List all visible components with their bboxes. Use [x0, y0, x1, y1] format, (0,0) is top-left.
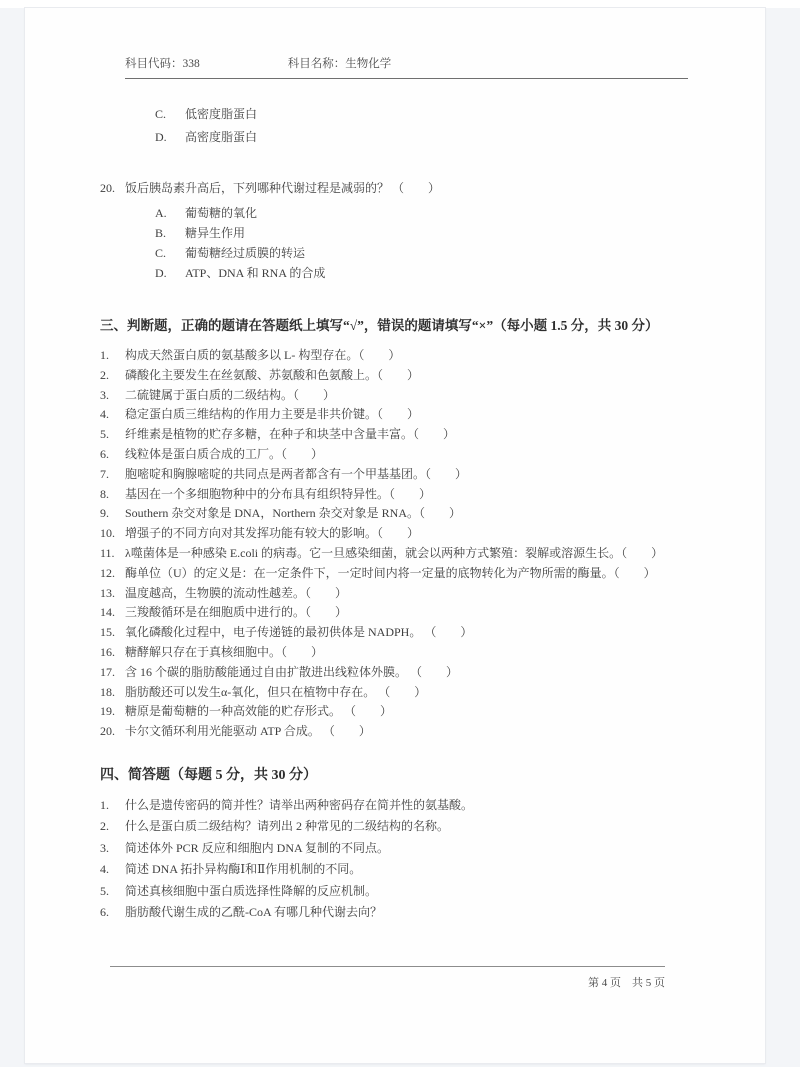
item-number: 6. [100, 445, 125, 465]
short-answer-item: 1. 什么是遗传密码的简并性？请举出两种密码存在简并性的氨基酸。 [100, 795, 700, 817]
item-number: 5. [100, 425, 125, 445]
option-row: D. ATP、DNA 和 RNA 的合成 [155, 263, 700, 283]
true-false-item: 1. 构成天然蛋白质的氨基酸多以 L- 构型存在。（ ） [100, 346, 700, 366]
item-number: 8. [100, 485, 125, 505]
item-number: 3. [100, 386, 125, 406]
true-false-item: 11. λ噬菌体是一种感染 E.coli 的病毒。它一旦感染细菌，就会以两种方式… [100, 544, 700, 564]
option-letter: C. [155, 103, 185, 126]
item-text: 磷酸化主要发生在丝氨酸、苏氨酸和色氨酸上。（ ） [125, 366, 700, 386]
item-text: 糖原是葡萄糖的一种高效能的贮存形式。 （ ） [125, 702, 700, 722]
question-20: 20. 饭后胰岛素升高后，下列哪种代谢过程是减弱的？ （ ） A. 葡萄糖的氧化… [100, 178, 700, 283]
viewer-background: { "viewer": { "more_icon": "•••" }, "doc… [0, 0, 800, 1067]
true-false-item: 16. 糖酵解只存在于真核细胞中。（ ） [100, 643, 700, 663]
true-false-item: 5. 纤维素是植物的贮存多糖，在种子和块茎中含量丰富。（ ） [100, 425, 700, 445]
true-false-item: 8. 基因在一个多细胞物种中的分布具有组织特异性。（ ） [100, 485, 700, 505]
true-false-item: 9. Southern 杂交对象是 DNA，Northern 杂交对象是 RNA… [100, 504, 700, 524]
document-header: 科目代码：338 科目名称：生物化学 [125, 57, 688, 79]
true-false-item: 2. 磷酸化主要发生在丝氨酸、苏氨酸和色氨酸上。（ ） [100, 366, 700, 386]
short-answer-item: 4. 简述 DNA 拓扑异构酶Ⅰ和Ⅱ作用机制的不同。 [100, 859, 700, 881]
item-number: 7. [100, 465, 125, 485]
question-19-options: C. 低密度脂蛋白 D. 高密度脂蛋白 [100, 103, 700, 149]
item-number: 4. [100, 859, 125, 881]
true-false-item: 12. 酶单位（U）的定义是：在一定条件下，一定时间内将一定量的底物转化为产物所… [100, 564, 700, 584]
option-row: D. 高密度脂蛋白 [155, 126, 700, 149]
option-text: 葡萄糖经过质膜的转运 [185, 243, 700, 263]
page-content: 科目代码：338 科目名称：生物化学 C. 低密度脂蛋白 D. 高密度脂蛋白 2… [25, 57, 765, 924]
true-false-item: 13. 温度越高，生物膜的流动性越差。（ ） [100, 584, 700, 604]
item-number: 10. [100, 524, 125, 544]
option-row: C. 葡萄糖经过质膜的转运 [155, 243, 700, 263]
item-text: Southern 杂交对象是 DNA，Northern 杂交对象是 RNA。（ … [125, 504, 700, 524]
option-text: 低密度脂蛋白 [185, 103, 700, 126]
subject-code-label: 科目代码：338 [125, 57, 200, 71]
item-text: 脂肪酸代谢生成的乙酰-CoA 有哪几种代谢去向？ [125, 902, 700, 924]
item-number: 13. [100, 584, 125, 604]
true-false-item: 19. 糖原是葡萄糖的一种高效能的贮存形式。 （ ） [100, 702, 700, 722]
subject-name-label: 科目名称：生物化学 [288, 57, 392, 71]
option-letter: C. [155, 243, 185, 263]
item-text: 氧化磷酸化过程中，电子传递链的最初供体是 NADPH。 （ ） [125, 623, 700, 643]
item-text: 增强子的不同方向对其发挥功能有较大的影响。（ ） [125, 524, 700, 544]
item-text: 卡尔文循环利用光能驱动 ATP 合成。 （ ） [125, 722, 700, 742]
section-4-items: 1. 什么是遗传密码的简并性？请举出两种密码存在简并性的氨基酸。 2. 什么是蛋… [100, 795, 700, 924]
item-number: 6. [100, 902, 125, 924]
item-text: 稳定蛋白质三维结构的作用力主要是非共价键。（ ） [125, 405, 700, 425]
item-number: 2. [100, 366, 125, 386]
option-letter: B. [155, 223, 185, 243]
question-text: 饭后胰岛素升高后，下列哪种代谢过程是减弱的？ （ ） [125, 178, 700, 198]
item-text: 糖酵解只存在于真核细胞中。（ ） [125, 643, 700, 663]
short-answer-item: 6. 脂肪酸代谢生成的乙酰-CoA 有哪几种代谢去向？ [100, 902, 700, 924]
section-4-title: 四、简答题（每题 5 分，共 30 分） [100, 765, 700, 787]
item-number: 5. [100, 881, 125, 903]
item-text: 脂肪酸还可以发生α-氧化，但只在植物中存在。 （ ） [125, 683, 700, 703]
item-text: 二硫键属于蛋白质的二级结构。（ ） [125, 386, 700, 406]
item-number: 16. [100, 643, 125, 663]
item-text: 简述 DNA 拓扑异构酶Ⅰ和Ⅱ作用机制的不同。 [125, 859, 700, 881]
true-false-item: 18. 脂肪酸还可以发生α-氧化，但只在植物中存在。 （ ） [100, 683, 700, 703]
option-text: 糖异生作用 [185, 223, 700, 243]
item-number: 20. [100, 722, 125, 742]
item-text: 什么是遗传密码的简并性？请举出两种密码存在简并性的氨基酸。 [125, 795, 700, 817]
item-text: 简述真核细胞中蛋白质选择性降解的反应机制。 [125, 881, 700, 903]
item-text: 纤维素是植物的贮存多糖，在种子和块茎中含量丰富。（ ） [125, 425, 700, 445]
document-page: 科目代码：338 科目名称：生物化学 C. 低密度脂蛋白 D. 高密度脂蛋白 2… [25, 8, 765, 1063]
option-letter: D. [155, 263, 185, 283]
short-answer-item: 5. 简述真核细胞中蛋白质选择性降解的反应机制。 [100, 881, 700, 903]
item-number: 1. [100, 346, 125, 366]
option-row: C. 低密度脂蛋白 [155, 103, 700, 126]
item-number: 3. [100, 838, 125, 860]
item-text: 胞嘧啶和胸腺嘧啶的共同点是两者都含有一个甲基基团。（ ） [125, 465, 700, 485]
item-number: 1. [100, 795, 125, 817]
true-false-item: 10. 增强子的不同方向对其发挥功能有较大的影响。（ ） [100, 524, 700, 544]
item-text: 基因在一个多细胞物种中的分布具有组织特异性。（ ） [125, 485, 700, 505]
item-number: 2. [100, 816, 125, 838]
short-answer-item: 3. 简述体外 PCR 反应和细胞内 DNA 复制的不同点。 [100, 838, 700, 860]
item-text: 酶单位（U）的定义是：在一定条件下，一定时间内将一定量的底物转化为产物所需的酶量… [125, 564, 700, 584]
item-number: 11. [100, 544, 125, 564]
item-number: 4. [100, 405, 125, 425]
item-text: 温度越高，生物膜的流动性越差。（ ） [125, 584, 700, 604]
true-false-item: 20. 卡尔文循环利用光能驱动 ATP 合成。 （ ） [100, 722, 700, 742]
true-false-item: 17. 含 16 个碳的脂肪酸能通过自由扩散进出线粒体外膜。 （ ） [100, 663, 700, 683]
question-20-stem: 20. 饭后胰岛素升高后，下列哪种代谢过程是减弱的？ （ ） [100, 178, 700, 198]
true-false-item: 7. 胞嘧啶和胸腺嘧啶的共同点是两者都含有一个甲基基团。（ ） [100, 465, 700, 485]
option-row: A. 葡萄糖的氧化 [155, 203, 700, 223]
item-text: 什么是蛋白质二级结构？请列出 2 种常见的二级结构的名称。 [125, 816, 700, 838]
item-number: 17. [100, 663, 125, 683]
short-answer-item: 2. 什么是蛋白质二级结构？请列出 2 种常见的二级结构的名称。 [100, 816, 700, 838]
item-number: 19. [100, 702, 125, 722]
item-number: 15. [100, 623, 125, 643]
true-false-item: 4. 稳定蛋白质三维结构的作用力主要是非共价键。（ ） [100, 405, 700, 425]
item-number: 9. [100, 504, 125, 524]
item-text: λ噬菌体是一种感染 E.coli 的病毒。它一旦感染细菌，就会以两种方式繁殖：裂… [125, 544, 700, 564]
option-letter: A. [155, 203, 185, 223]
section-3-items: 1. 构成天然蛋白质的氨基酸多以 L- 构型存在。（ ） 2. 磷酸化主要发生在… [100, 346, 700, 742]
true-false-item: 3. 二硫键属于蛋白质的二级结构。（ ） [100, 386, 700, 406]
question-number: 20. [100, 178, 125, 198]
section-3-title: 三、判断题，正确的题请在答题纸上填写“√”，错误的题请填写“×”（每小题 1.5… [100, 314, 700, 337]
item-text: 线粒体是蛋白质合成的工厂。（ ） [125, 445, 700, 465]
item-text: 构成天然蛋白质的氨基酸多以 L- 构型存在。（ ） [125, 346, 700, 366]
true-false-item: 6. 线粒体是蛋白质合成的工厂。（ ） [100, 445, 700, 465]
question-20-options: A. 葡萄糖的氧化 B. 糖异生作用 C. 葡萄糖经过质膜的转运 D. [100, 203, 700, 283]
option-row: B. 糖异生作用 [155, 223, 700, 243]
item-number: 18. [100, 683, 125, 703]
page-footer: 第 4 页 共 5 页 [110, 966, 665, 990]
item-text: 含 16 个碳的脂肪酸能通过自由扩散进出线粒体外膜。 （ ） [125, 663, 700, 683]
option-text: ATP、DNA 和 RNA 的合成 [185, 263, 700, 283]
option-text: 高密度脂蛋白 [185, 126, 700, 149]
page-number-label: 第 4 页 共 5 页 [588, 977, 665, 989]
true-false-item: 15. 氧化磷酸化过程中，电子传递链的最初供体是 NADPH。 （ ） [100, 623, 700, 643]
item-number: 12. [100, 564, 125, 584]
option-letter: D. [155, 126, 185, 149]
item-text: 简述体外 PCR 反应和细胞内 DNA 复制的不同点。 [125, 838, 700, 860]
item-number: 14. [100, 603, 125, 623]
option-text: 葡萄糖的氧化 [185, 203, 700, 223]
true-false-item: 14. 三羧酸循环是在细胞质中进行的。（ ） [100, 603, 700, 623]
item-text: 三羧酸循环是在细胞质中进行的。（ ） [125, 603, 700, 623]
